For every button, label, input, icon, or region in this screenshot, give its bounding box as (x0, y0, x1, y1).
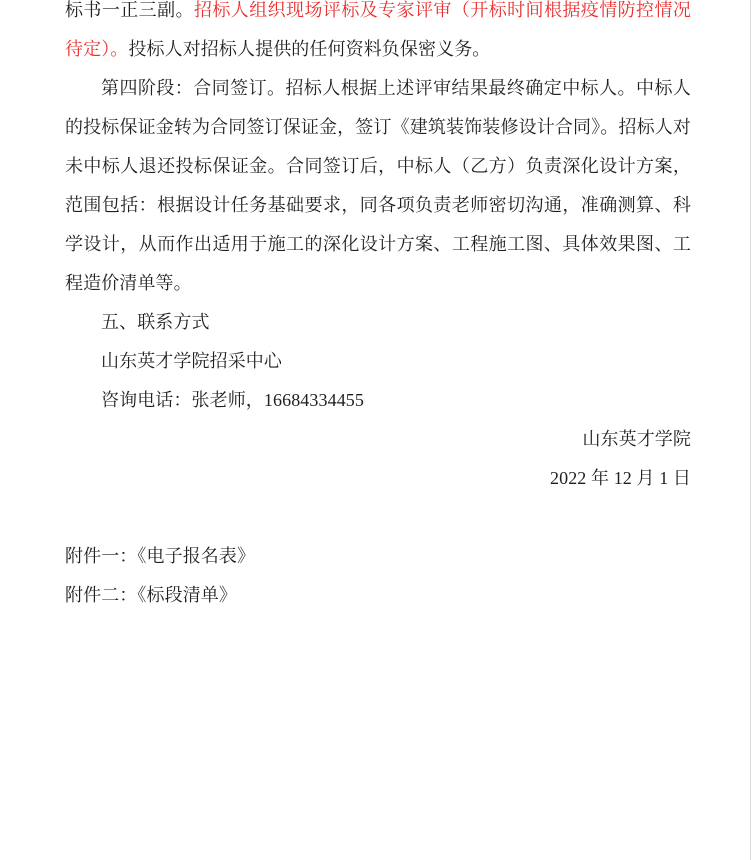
para-evaluation-lead-text: 标书一正三副。 (65, 0, 194, 20)
attachment-item-1: 附件一：《电子报名表》 (65, 537, 691, 576)
para-bid-evaluation: 标书一正三副。招标人组织现场评标及专家评审（开标时间根据疫情防控情况待定）。投标… (65, 0, 691, 69)
document-content: 标书一正三副。招标人组织现场评标及专家评审（开标时间根据疫情防控情况待定）。投标… (65, 0, 691, 615)
page-edge-line (750, 0, 751, 860)
attachment-item-2: 附件二：《标段清单》 (65, 576, 691, 615)
contact-phone-line: 咨询电话：张老师，16684334455 (65, 381, 691, 420)
para-evaluation-tail-text: 投标人对招标人提供的任何资料负保密义务。 (128, 39, 490, 59)
signature-org-line: 山东英才学院 (65, 420, 691, 459)
para-stage4-contract: 第四阶段：合同签订。招标人根据上述评审结果最终确定中标人。中标人的投标保证金转为… (65, 69, 691, 303)
section-heading-contact: 五、联系方式 (65, 303, 691, 342)
document-page: 标书一正三副。招标人组织现场评标及专家评审（开标时间根据疫情防控情况待定）。投标… (0, 0, 754, 860)
signature-date-line: 2022 年 12 月 1 日 (65, 459, 691, 498)
contact-org-line: 山东英才学院招采中心 (65, 342, 691, 381)
